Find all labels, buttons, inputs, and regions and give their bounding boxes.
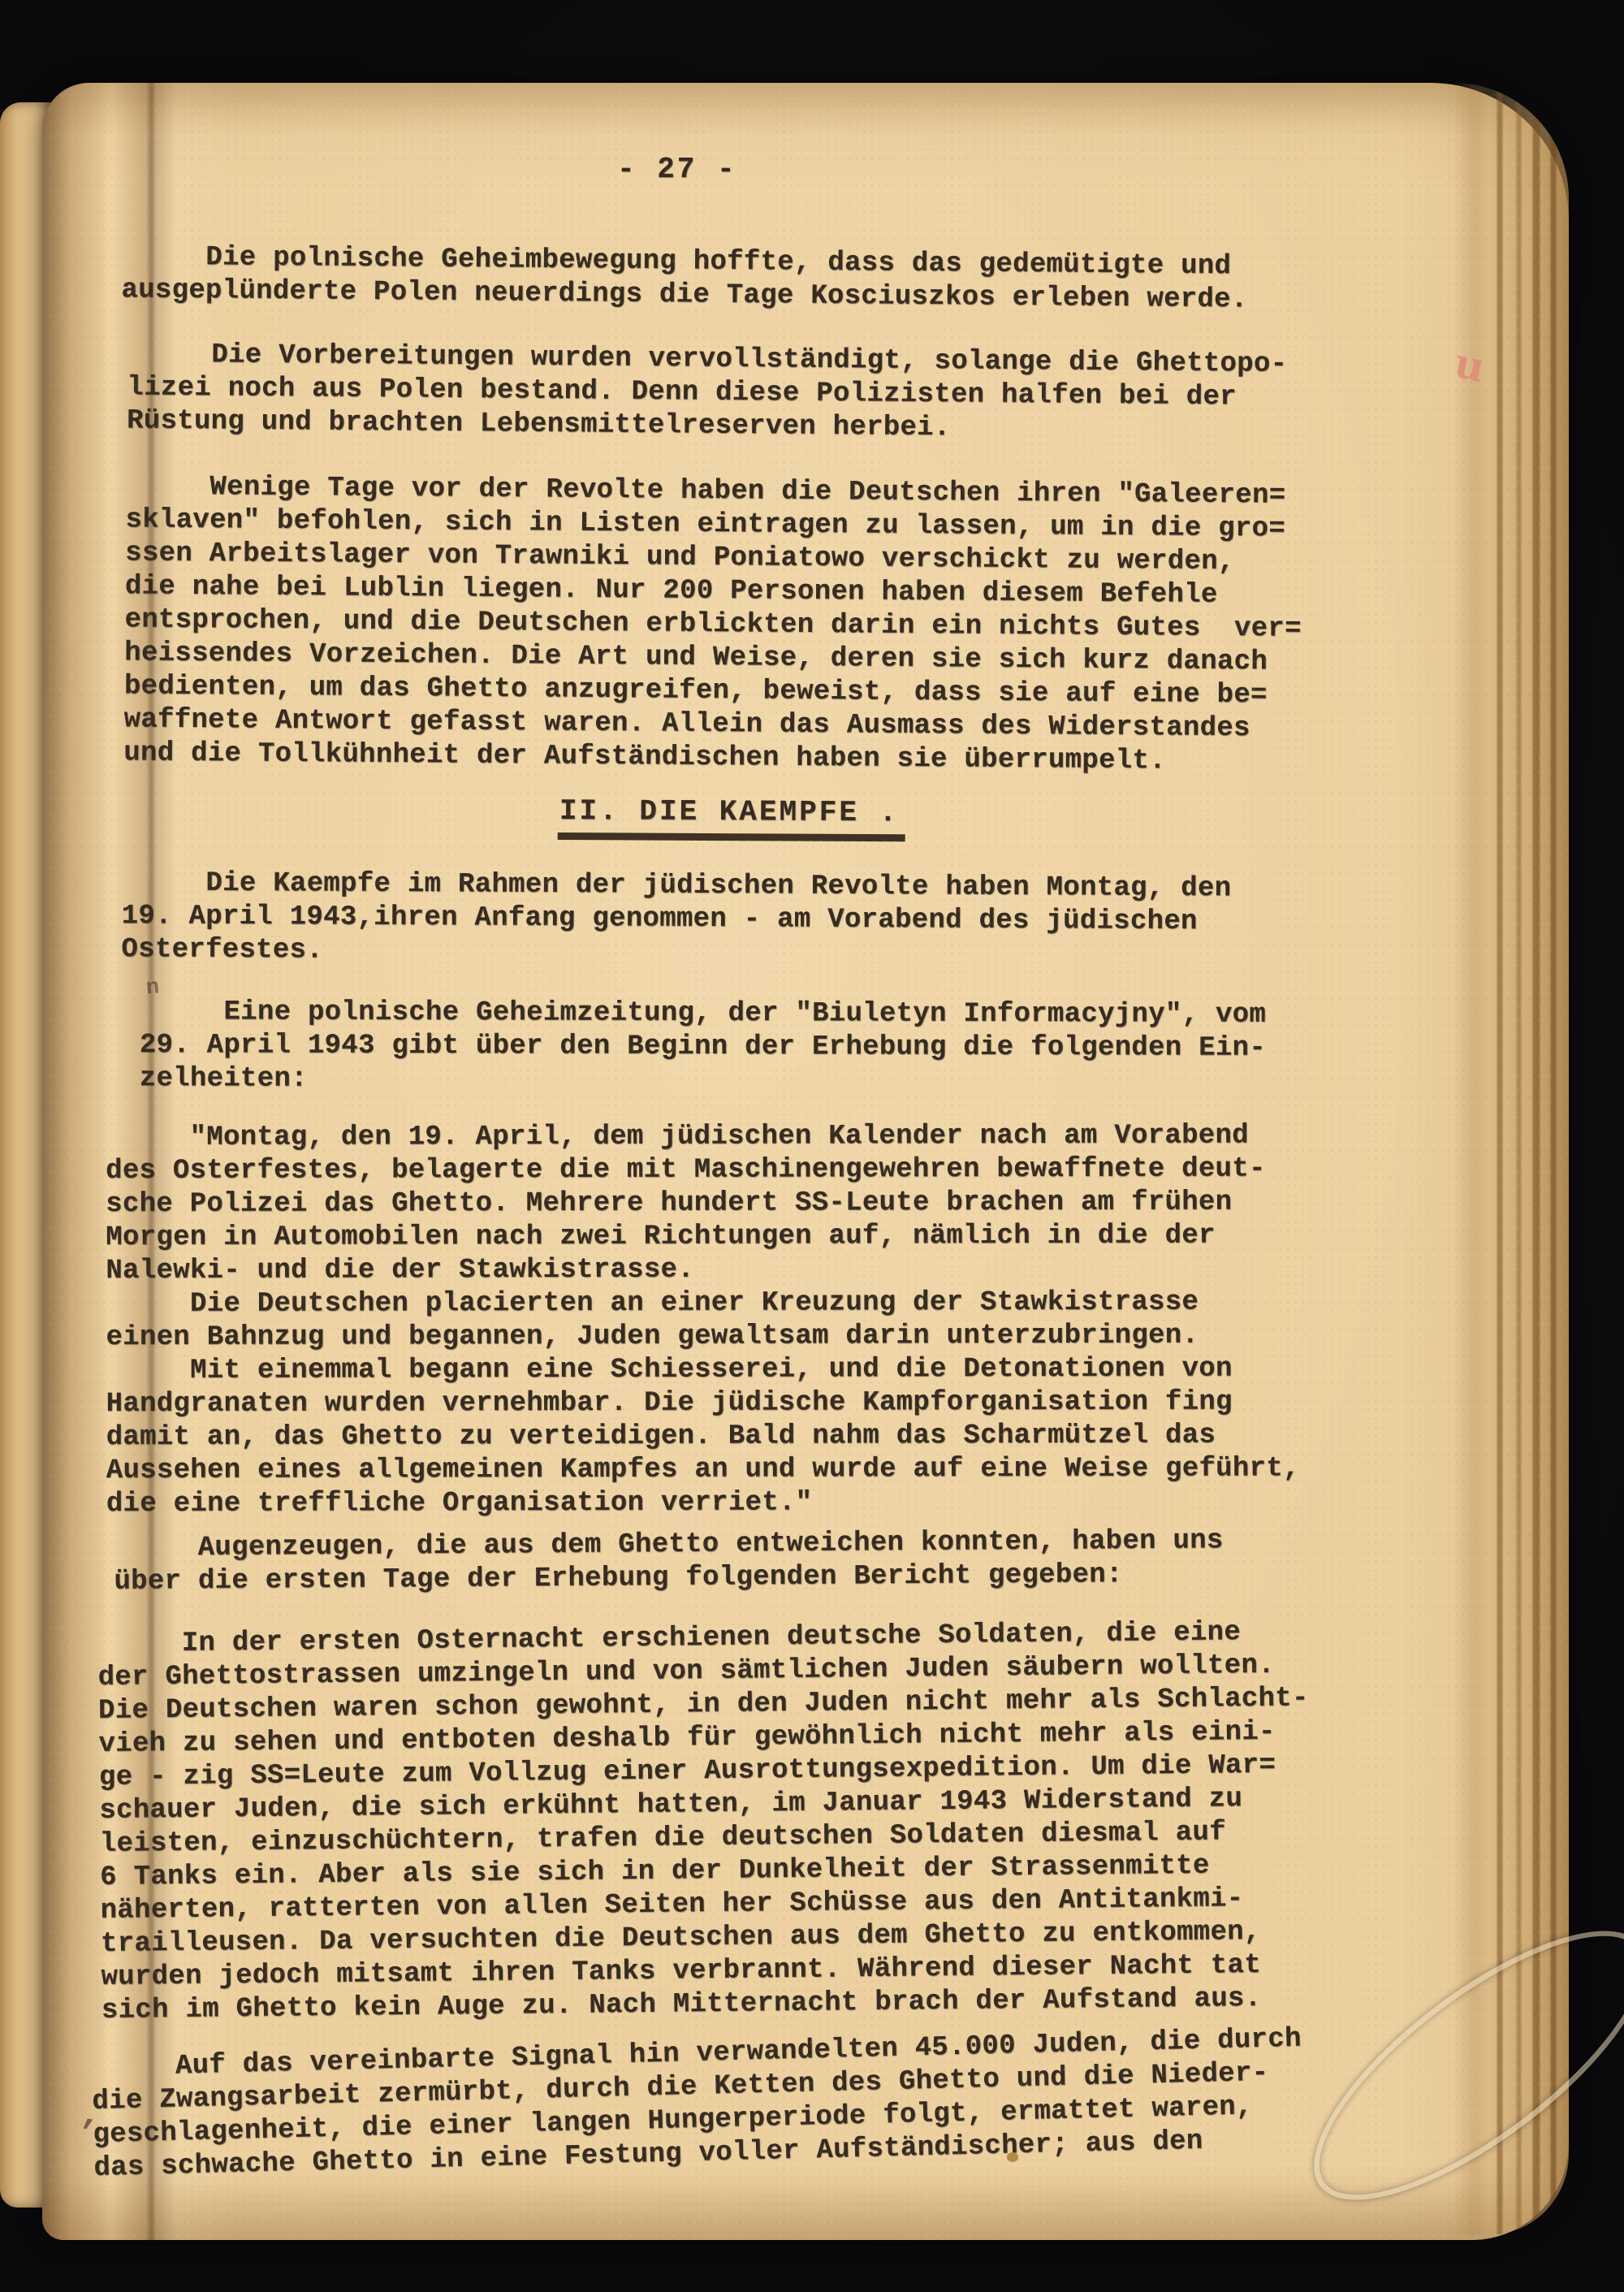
paragraph: "Montag, den 19. April, dem jüdischen Ka…: [91, 1119, 1480, 1521]
paragraph: Die Vorbereitungen wurden vervollständig…: [90, 338, 1479, 450]
paragraph: Wenige Tage vor der Revolte haben die De…: [89, 470, 1479, 781]
section-heading: II. DIE KAEMPFE .: [91, 791, 1479, 845]
paragraph: Auf das vereinbarte Signal hin verwandel…: [91, 2018, 1482, 2186]
paragraph: Augenzeugen, die aus dem Ghetto entweich…: [91, 1523, 1480, 1599]
paragraph: Eine polnische Geheimzeitung, der "Biule…: [91, 996, 1479, 1099]
paragraph: In der ersten Osternacht erschienen deut…: [91, 1614, 1484, 2028]
paper-speck: [1007, 2152, 1018, 2162]
paragraph: Die polnische Geheimbewegung hoffte, das…: [90, 240, 1479, 319]
typewritten-text-block: Die polnische Geheimbewegung hoffte, das…: [91, 240, 1479, 2186]
paragraph: Die Kaempfe im Rahmen der jüdischen Revo…: [90, 867, 1479, 974]
book-page: - 27 - Die polnische Geheimbewegung hoff…: [42, 83, 1569, 2240]
photographed-book-scan: { "document": { "page_number_label": "- …: [0, 0, 1624, 2292]
section-heading-underline: II. DIE KAEMPFE .: [558, 794, 906, 841]
left-margin-typed-mark: n: [145, 975, 160, 1001]
page-number: - 27 -: [617, 153, 737, 186]
